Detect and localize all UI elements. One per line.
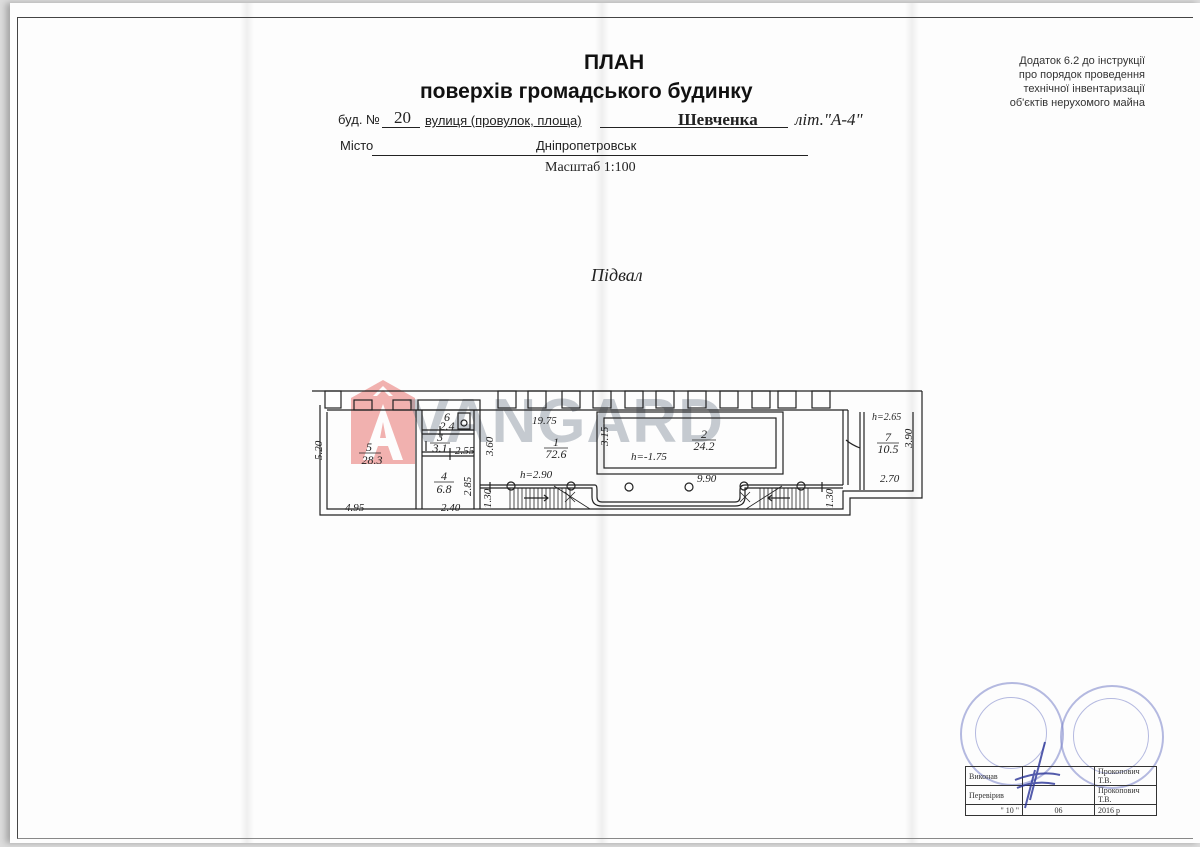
dim-stair-left: 1.30 xyxy=(482,488,494,508)
room-4-number: 4 xyxy=(441,469,447,483)
dim-room7-width: 2.70 xyxy=(880,473,900,485)
dim-room4-width: 2.40 xyxy=(441,502,461,514)
room-1-area: 72.6 xyxy=(546,447,567,461)
room-2-area: 24.2 xyxy=(694,439,715,453)
dim-room1-length: 19.75 xyxy=(532,415,557,427)
room-7-area: 10.5 xyxy=(878,442,899,456)
dim-room1-depth: 3.60 xyxy=(484,436,496,457)
dim-room2-depth: 3.15 xyxy=(599,426,611,447)
dim-room5-width: 4.95 xyxy=(345,502,365,514)
dim-room3-width: 2.55 xyxy=(455,445,475,457)
room-5-number: 5 xyxy=(366,440,372,454)
dim-stair-right: 1.30 xyxy=(824,488,836,508)
height-main: h=2.90 xyxy=(520,469,553,481)
dim-room5-height: 5.20 xyxy=(313,440,325,460)
dim-room7-depth: 3.90 xyxy=(903,428,915,449)
room-3-area: 3.1 xyxy=(432,441,448,455)
dim-room2-length: 9.90 xyxy=(697,473,717,485)
height-pool: h=-1.75 xyxy=(631,451,667,463)
dim-room4-height: 2.85 xyxy=(462,476,474,496)
room-4-area: 6.8 xyxy=(437,482,452,496)
signature-scribble-icon xyxy=(1005,740,1075,810)
room-5-area: 28.3 xyxy=(362,453,383,467)
height-room7: h=2.65 xyxy=(872,412,901,423)
